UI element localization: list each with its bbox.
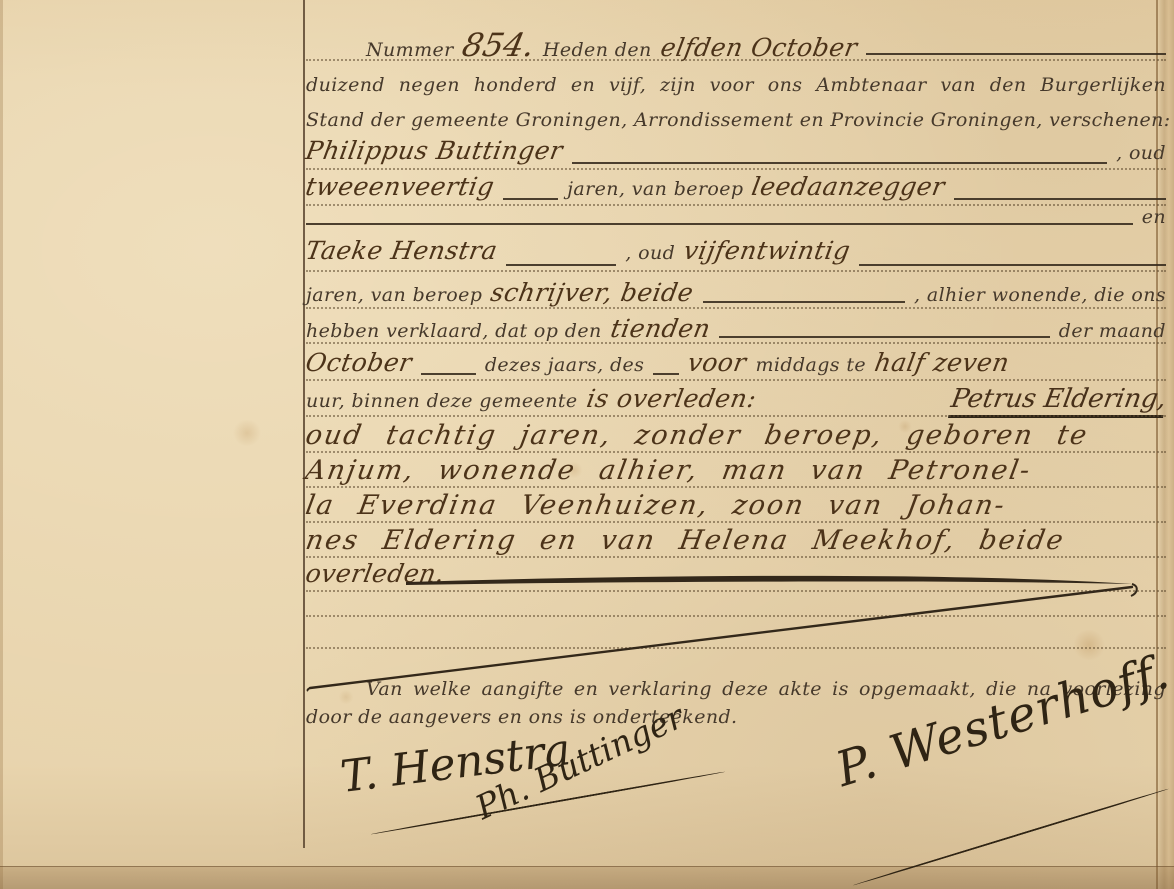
handwritten-text: nes Eldering en van Helena Meekhof, beid… [303,525,1067,556]
ink-rule [306,223,1133,225]
printed-text: hebben verklaard, dat op den [306,320,602,342]
act-line: Stand der gemeente Groningen, Arrondisse… [306,109,1166,139]
margin-rule-line [303,0,305,848]
handwritten-text: la Everdina Veenhuizen, zoon van Johan- [303,490,1008,521]
act-line: hebben verklaard, dat op dentiendender m… [306,314,1166,347]
printed-text: uur, binnen deze gemeente [306,390,578,412]
printed-text: jaren, van beroep [306,284,482,306]
ink-rule [506,264,616,266]
handwritten-text: schrijver, beide [489,278,696,307]
act-line: duizend negen honderd en vijf, zijn voor… [306,74,1166,104]
act-line: en [306,206,1166,234]
act-line: Nummer854.Heden denelfden October [306,26,1166,64]
ink-rule [954,198,1166,200]
handwritten-text: leedaanzegger [750,172,948,201]
ink-rule [866,53,1166,55]
handwritten-text: voor [686,348,749,377]
act-line: oud tachtig jaren, zonder beroep, gebore… [306,420,1166,456]
act-line: Taeke Henstra, oudvijfentwintig [306,236,1166,275]
ink-rule [703,301,905,303]
act-line: jaren, van beroepschrijver, beide, alhie… [306,278,1166,312]
handwritten-text: Anjum, wonende alhier, man van Petronel- [303,455,1034,486]
printed-text: jaren, van beroep [567,178,743,200]
act-line: Octoberdezes jaars, desvoormiddags tehal… [306,348,1166,384]
printed-text: duizend negen honderd en vijf, zijn voor… [306,74,1166,96]
printed-text: dezes jaars, des [485,354,644,376]
act-line: uur, binnen deze gemeenteis overleden:Pe… [306,384,1166,420]
handwritten-text: oud tachtig jaren, zonder beroep, gebore… [303,420,1091,451]
handwritten-text: 854. [459,26,538,64]
printed-text: Heden den [543,39,652,61]
act-line: la Everdina Veenhuizen, zoon van Johan- [306,490,1166,526]
handwritten-text: tweeenveertig [303,172,496,201]
handwritten-text: Petrus Eldering, [948,384,1169,418]
handwritten-text: vijfentwintig [682,236,853,265]
death-record-page: Nummer854.Heden denelfden Octoberduizend… [0,0,1174,889]
ink-rule [859,264,1166,266]
handwritten-text: is overleden: [584,384,758,413]
printed-text: , alhier wonende, die ons [914,284,1166,306]
handwritten-text: Taeke Henstra [303,236,499,265]
printed-text: middags te [756,354,867,376]
handwritten-text: Philippus Buttinger [303,136,565,165]
ink-rule [572,162,1107,164]
printed-text: Stand der gemeente Groningen, Arrondisse… [306,109,1166,131]
act-line: tweeenveertigjaren, van beroepleedaanzeg… [306,172,1166,209]
handwritten-text: elfden October [658,33,859,62]
printed-text: , oud [625,242,675,264]
paper-stain [232,420,262,446]
printed-text: , oud [1116,142,1166,164]
handwritten-text: half zeven [873,348,1012,377]
handwritten-text: tienden [608,314,712,343]
act-line: Anjum, wonende alhier, man van Petronel- [306,455,1166,491]
ink-rule [503,198,558,200]
ink-rule [653,373,679,375]
printed-text: Nummer [366,39,454,61]
ink-rule [421,373,476,375]
printed-text: en [1142,206,1166,228]
ink-rule [719,336,1050,338]
printed-text: der maand [1059,320,1166,342]
act-line: Philippus Buttinger, oud [306,136,1166,173]
page-left-edge [0,0,3,889]
handwritten-text: October [303,348,414,377]
